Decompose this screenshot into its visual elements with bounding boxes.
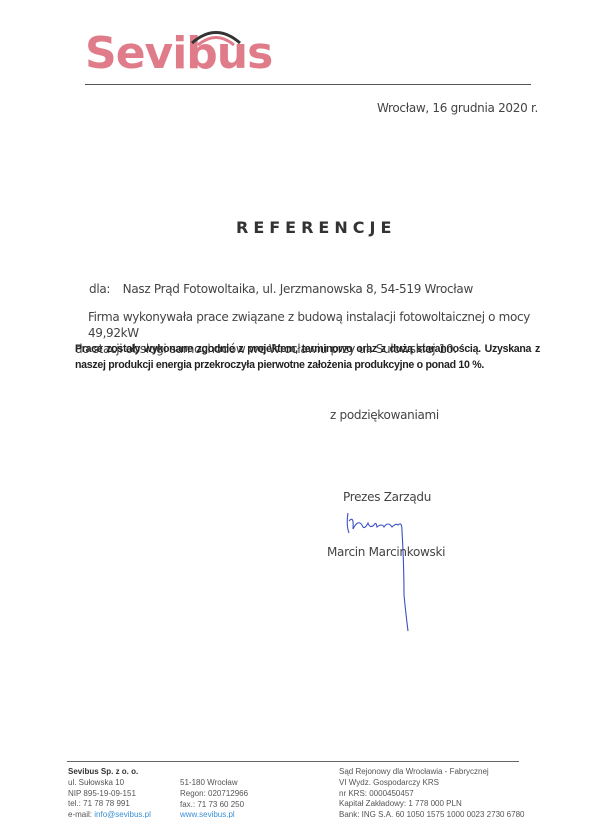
footer-dept: VI Wydz. Gospodarczy KRS [339,778,524,789]
recipient-name: Nasz Prąd Fotowoltaika, ul. Jerzmanowska… [123,282,473,296]
footer-contact-info: 51-180 Wrocław Regon: 020712966 fax.: 71… [180,778,248,818]
footer-nip: NIP 895-19-09-151 [68,789,151,800]
letter-paragraph-bold: Prace zostały wykonane zgodnie z projekt… [75,341,540,373]
signer-name: Marcin Marcinkowski [327,545,445,559]
footer-fax: fax.: 71 73 60 250 [180,800,248,811]
footer-divider [67,761,519,762]
letter-title: REFERENCJE [236,218,396,237]
footer-www-link[interactable]: www.sevibus.pl [180,810,235,818]
recipient-line: dla: Nasz Prąd Fotowoltaika, ul. Jerzman… [89,282,473,296]
footer-registry-info: Sąd Rejonowy dla Wrocławia - Fabrycznej … [339,767,524,818]
footer-court: Sąd Rejonowy dla Wrocławia - Fabrycznej [339,767,524,778]
logo-arc-icon [188,26,244,46]
footer-email-line: e-mail: info@sevibus.pl [68,810,151,818]
footer-capital: Kapitał Zakładowy: 1 778 000 PLN [339,799,524,810]
header-divider [85,84,531,85]
paragraph-line-1: Firma wykonywała prace związane z budową… [75,309,545,341]
signer-role: Prezes Zarządu [343,490,431,504]
footer-company: Sevibus Sp. z o. o. [68,767,151,778]
footer-company-info: Sevibus Sp. z o. o. ul. Sułowska 10 NIP … [68,767,151,818]
footer-regon: Regon: 020712966 [180,789,248,800]
footer-city: 51-180 Wrocław [180,778,248,789]
footer-bank: Bank: ING S.A. 60 1050 1575 1000 0023 27… [339,810,524,818]
recipient-label: dla: [89,282,110,296]
logo-text: Sevibus [85,26,272,82]
footer-krs: nr KRS: 0000450457 [339,789,524,800]
footer-street: ul. Sułowska 10 [68,778,151,789]
company-logo: Sevibus [85,22,245,82]
letter-date: Wrocław, 16 grudnia 2020 r. [377,101,538,115]
footer-email-link[interactable]: info@sevibus.pl [94,810,151,818]
closing-text: z podziękowaniami [330,408,439,422]
footer-email-label: e-mail: [68,810,92,818]
footer-tel: tel.: 71 78 78 991 [68,799,151,810]
signature-icon [340,505,420,635]
